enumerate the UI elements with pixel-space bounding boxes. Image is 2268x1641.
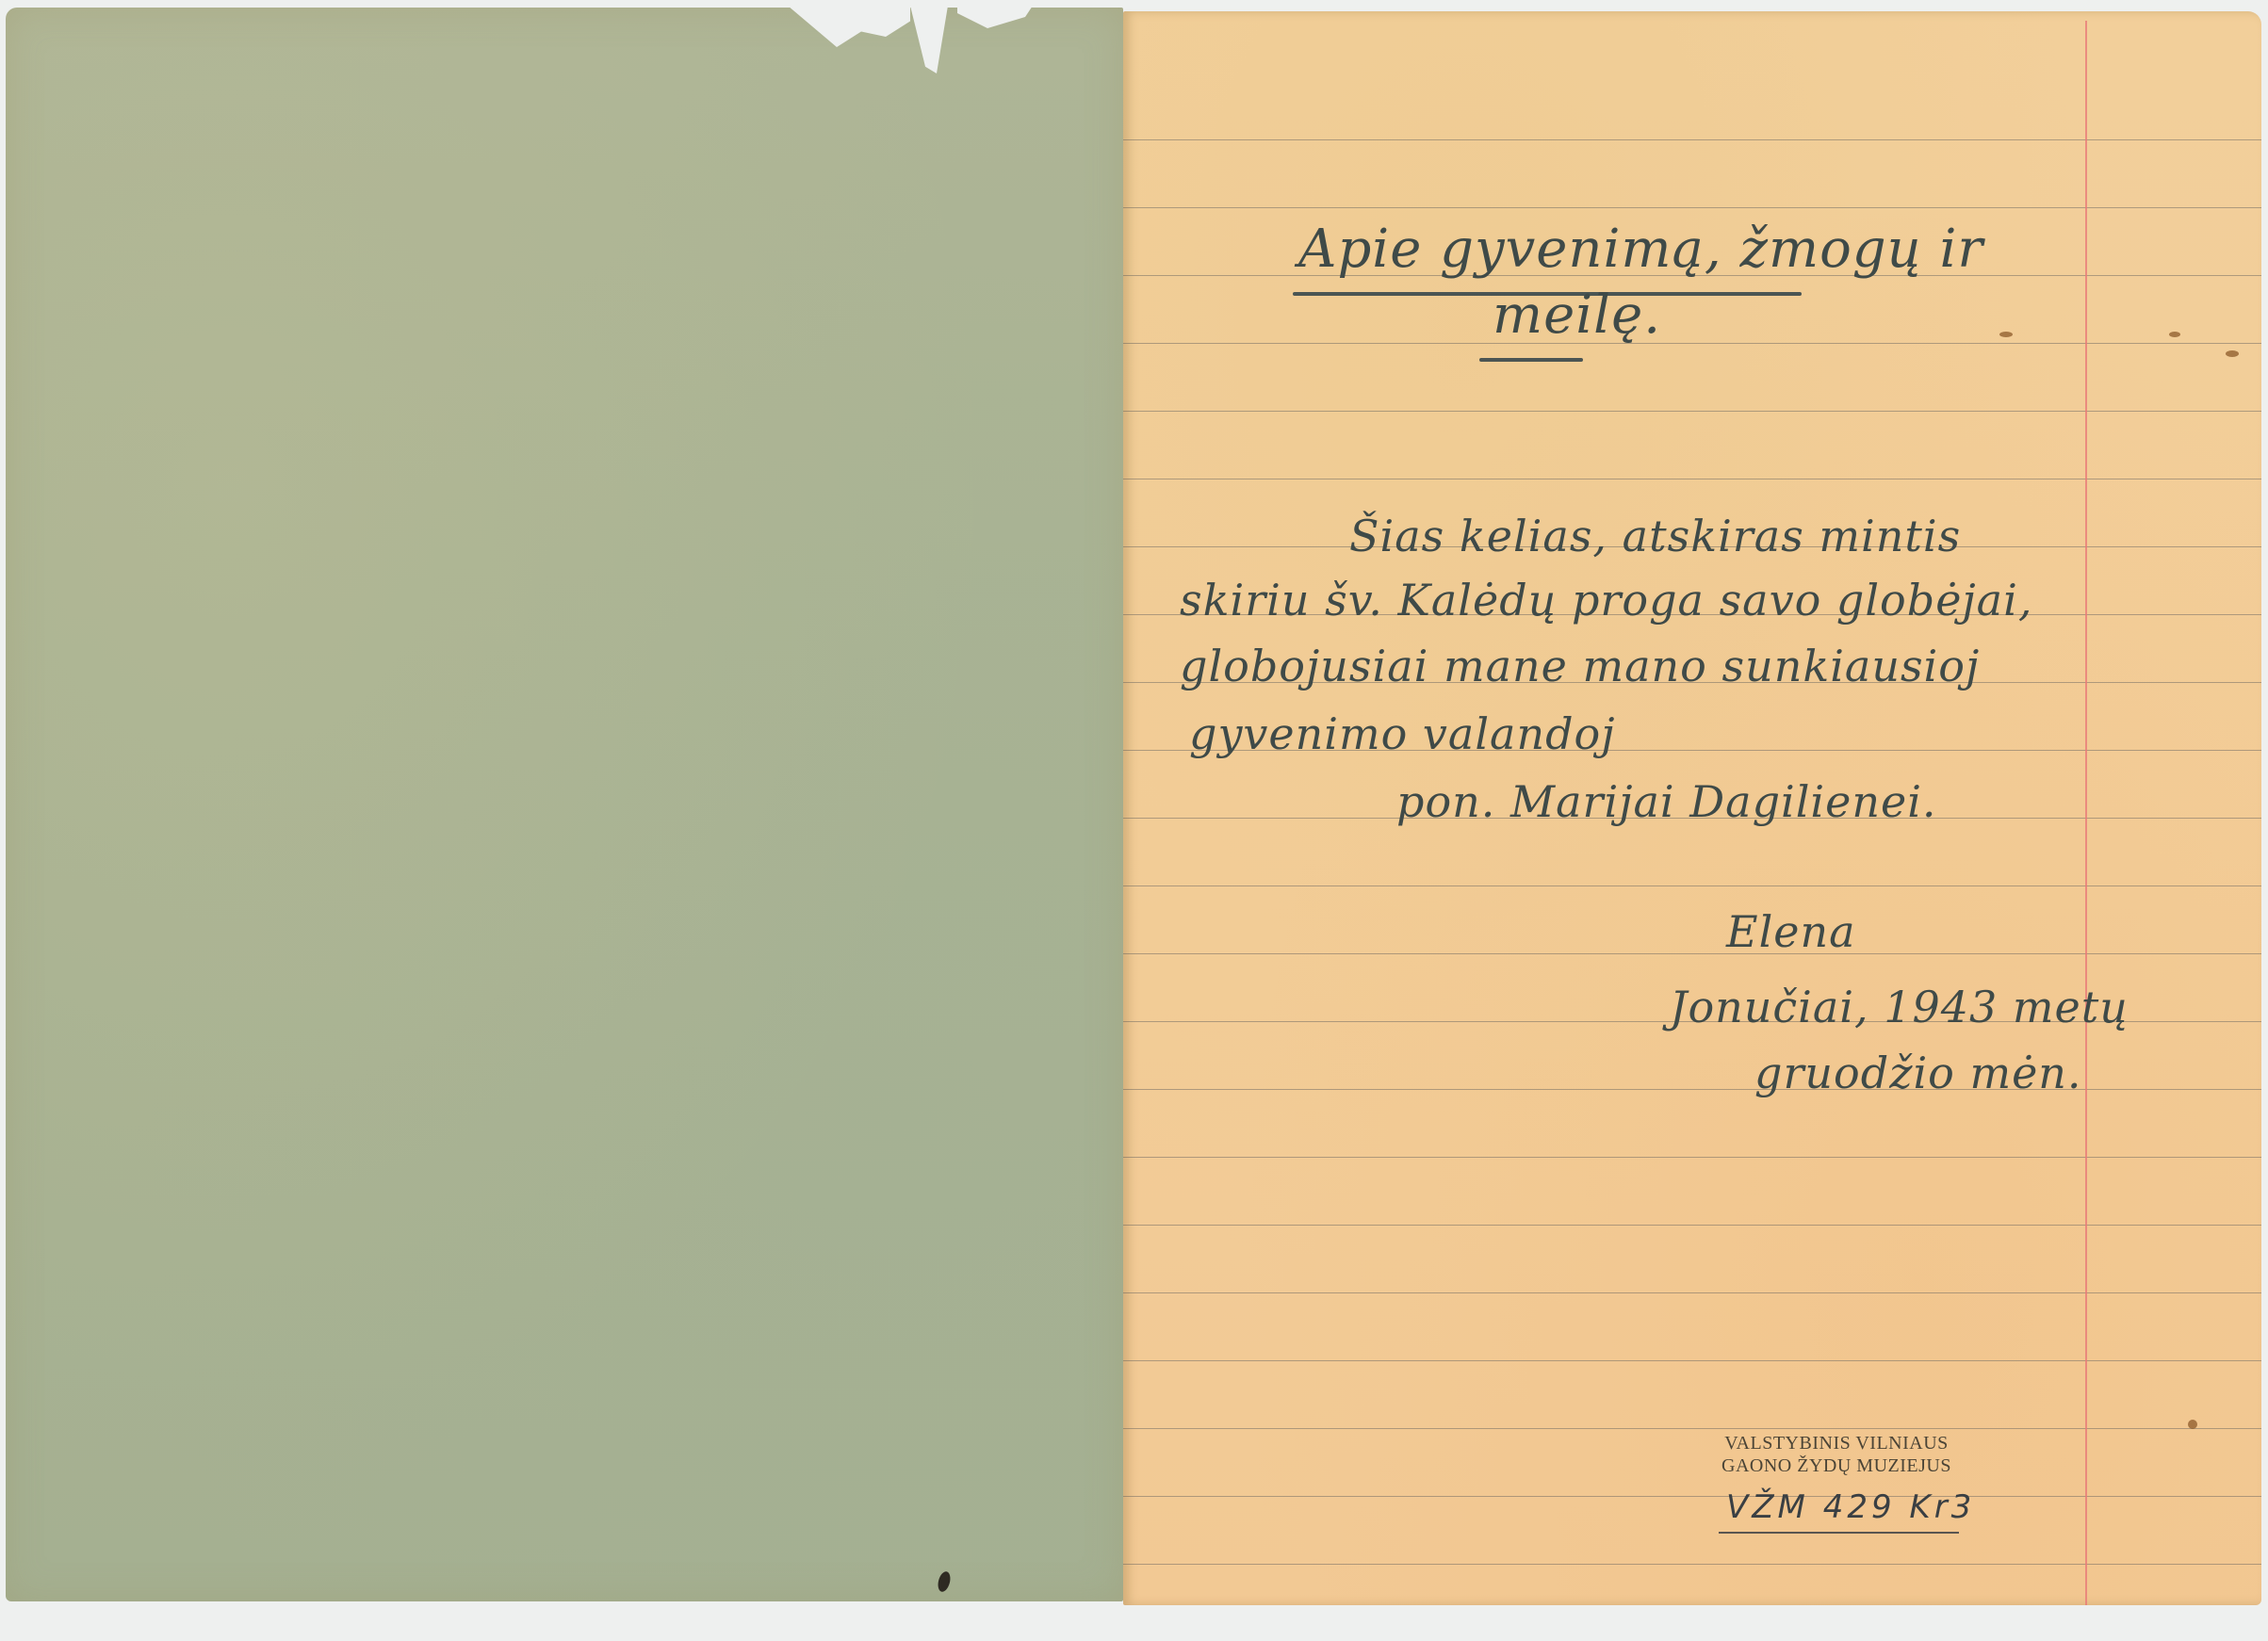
ruled-line <box>1123 953 2261 954</box>
dedication-line-4: gyvenimo valandoj <box>1189 708 1616 759</box>
place-date-line-2: gruodžio mėn. <box>1754 1048 2082 1098</box>
dedication-line-3: globojusiai mane mano sunkiausioj <box>1180 641 1980 691</box>
museum-stamp: VALSTYBINIS VILNIAUS GAONO ŽYDŲ MUZIEJUS <box>1719 1432 1954 1477</box>
paper-stain <box>2226 350 2239 357</box>
stamp-underline <box>1719 1532 1959 1534</box>
ruled-line <box>1123 1360 2261 1361</box>
right-page-ruled: Apie gyvenimą, žmogų ir meilę. Šias keli… <box>1123 11 2261 1605</box>
signature: Elena <box>1726 906 1856 957</box>
dedication-line-1: Šias kelias, atskiras mintis <box>1349 511 1961 561</box>
ruled-line <box>1123 207 2261 208</box>
paper-stain <box>1999 332 2013 337</box>
left-page-cover <box>6 8 1123 1601</box>
title-line-1: Apie gyvenimą, žmogų ir <box>1298 219 1983 280</box>
ruled-line <box>1123 1564 2261 1565</box>
ruled-line <box>1123 139 2261 140</box>
ruled-line <box>1123 1496 2261 1497</box>
torn-edge <box>788 6 910 57</box>
ruled-line <box>1123 411 2261 412</box>
torn-edge <box>957 6 1033 43</box>
paper-stain <box>2188 1420 2197 1429</box>
catalog-number: VŽM 429 Kr3 <box>1726 1488 1975 1526</box>
ruled-line <box>1123 1292 2261 1293</box>
stamp-line-2: GAONO ŽYDŲ MUZIEJUS <box>1719 1454 1954 1477</box>
paper-hole <box>936 1570 952 1593</box>
dedication-recipient: pon. Marijai Dagilienei. <box>1396 776 1937 827</box>
torn-edge <box>910 6 948 73</box>
ruled-line <box>1123 479 2261 479</box>
stamp-line-1: VALSTYBINIS VILNIAUS <box>1719 1432 1954 1454</box>
ruled-line <box>1123 1428 2261 1429</box>
red-margin-line <box>2085 21 2087 1605</box>
notebook-spread: Apie gyvenimą, žmogų ir meilę. Šias keli… <box>0 0 2268 1641</box>
ruled-line <box>1123 885 2261 886</box>
ruled-line <box>1123 1225 2261 1226</box>
ruled-line <box>1123 343 2261 344</box>
ruled-line <box>1123 1157 2261 1158</box>
dedication-line-2: skiriu šv. Kalėdų proga savo globėjai, <box>1180 575 2032 626</box>
ruled-line <box>1123 1089 2261 1090</box>
place-date-line-1: Jonučiai, 1943 metų <box>1670 982 2129 1032</box>
title-underline <box>1479 358 1583 362</box>
title-line-2: meilę. <box>1493 284 1661 346</box>
paper-stain <box>2169 332 2180 337</box>
